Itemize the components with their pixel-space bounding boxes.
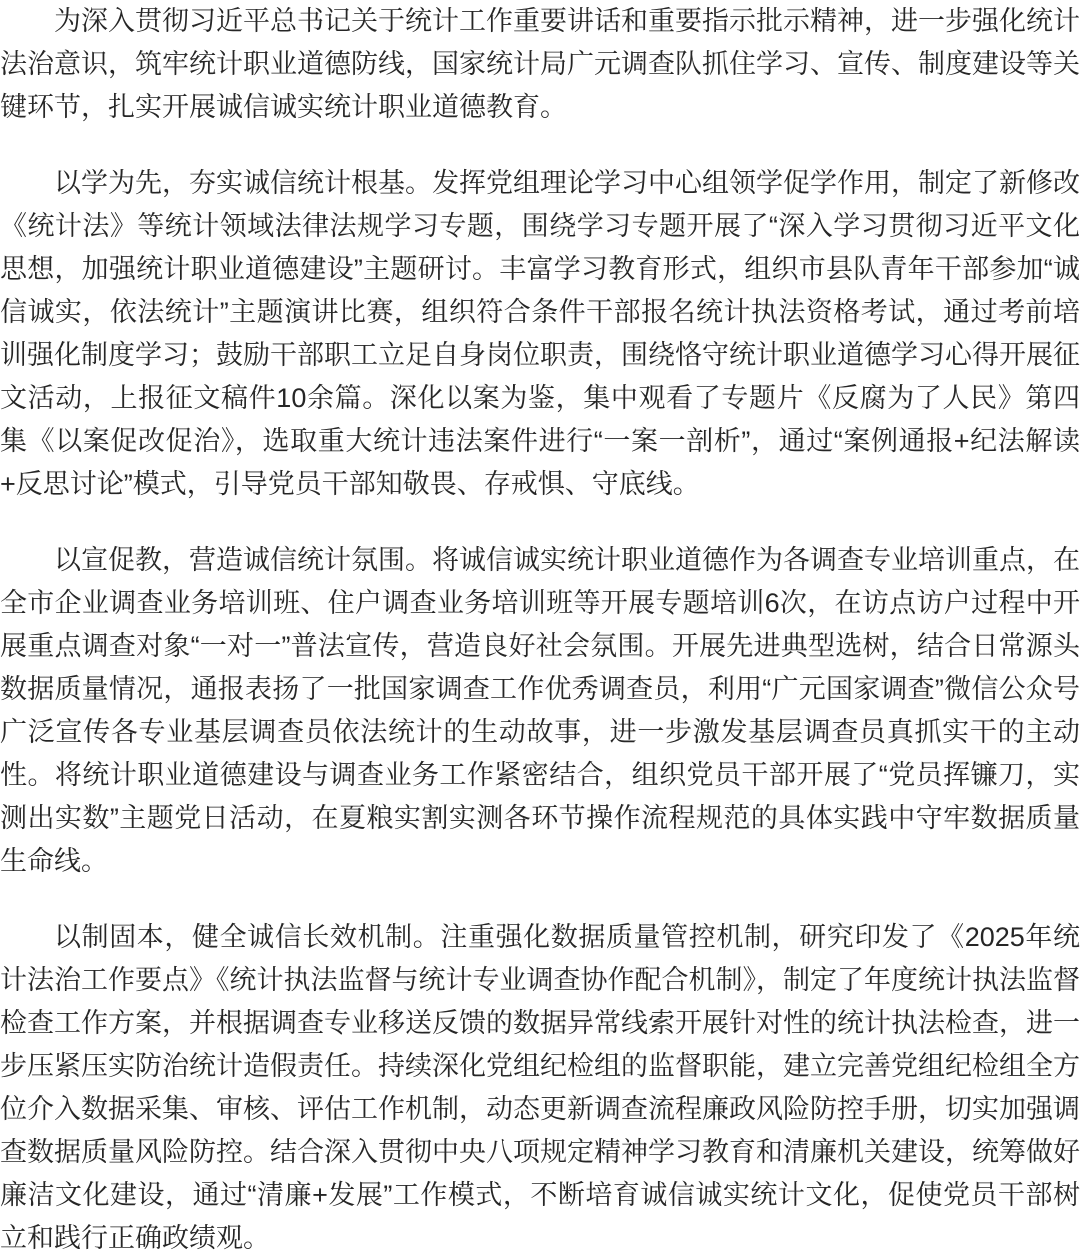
article-body: 为深入贯彻习近平总书记关于统计工作重要讲话和重要指示批示精神，进一步强化统计法治… [0,0,1080,1260]
article-paragraph-publicity: 以宣促教，营造诚信统计氛围。将诚信诚实统计职业道德作为各调查专业培训重点，在全市… [0,539,1080,883]
article-paragraph-mechanism: 以制固本，健全诚信长效机制。注重强化数据质量管控机制，研究印发了《2025年统计… [0,916,1080,1260]
article-paragraph-intro: 为深入贯彻习近平总书记关于统计工作重要讲话和重要指示批示精神，进一步强化统计法治… [0,0,1080,129]
article-paragraph-learning: 以学为先，夯实诚信统计根基。发挥党组理论学习中心组领学促学作用，制定了新修改《统… [0,162,1080,506]
